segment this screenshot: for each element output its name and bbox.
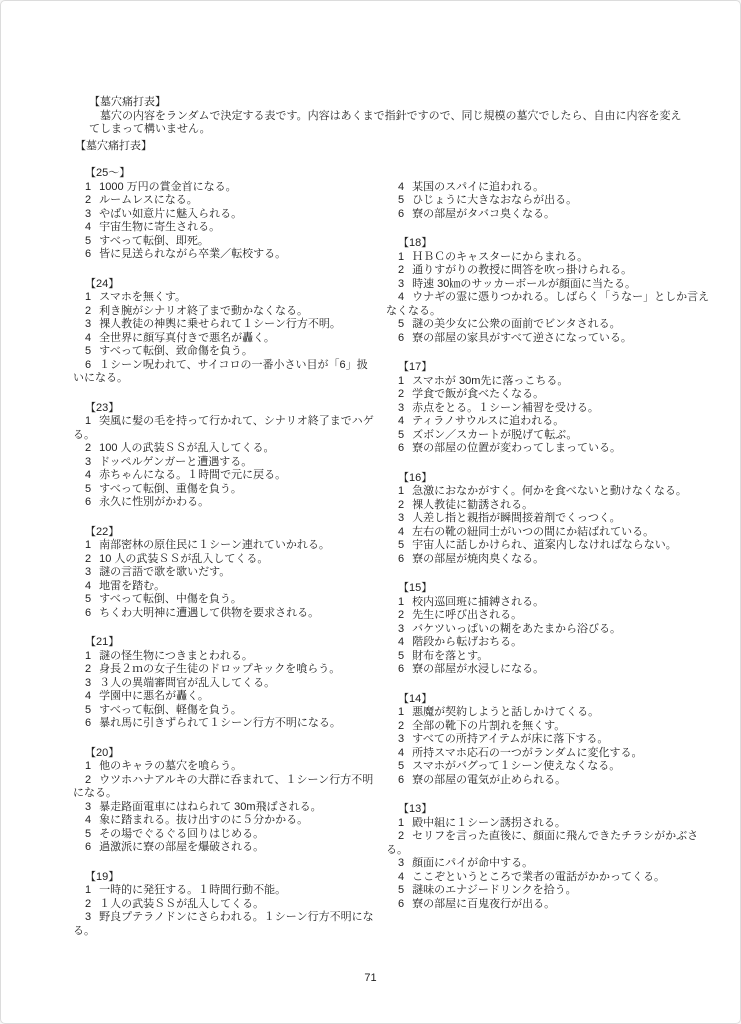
page-number: 71 <box>1 972 740 986</box>
item-number: 4 <box>398 526 404 538</box>
table-item: 4所持スマホ応石の一つがランダムに変化する。 <box>386 747 716 761</box>
section-heading: 【22】 <box>85 526 374 540</box>
item-text: 謎の言語で歌を歌いだす。 <box>99 566 230 578</box>
item-text: ティラノサウルスに追われる。 <box>412 415 564 427</box>
table-item: 5ひじょうに大きなおならが出る。 <box>386 194 716 208</box>
item-number: 5 <box>85 483 91 495</box>
table-item: 4階段から転げおちる。 <box>386 636 716 650</box>
item-number: 3 <box>85 566 91 578</box>
section-heading: 【24】 <box>85 278 374 292</box>
item-text: すべって転倒、致命傷を負う。 <box>99 345 253 357</box>
table-item: 6寮の部屋の位置が変わってしまっている。 <box>386 442 716 456</box>
item-number: 3 <box>398 733 404 745</box>
table-item: 210 人の武装ＳＳが乱入してくる。 <box>73 553 374 567</box>
section-heading: 【17】 <box>398 361 716 375</box>
item-number: 5 <box>398 884 404 896</box>
section-heading: 【13】 <box>398 803 716 817</box>
item-text: ３人の異端審問官が乱入してくる。 <box>99 677 275 689</box>
item-text: ズボン／スカートが脱げて転ぶ。 <box>412 429 577 441</box>
item-number: 5 <box>85 345 91 357</box>
item-text: 他のキャラの墓穴を喰らう。 <box>99 760 242 772</box>
table-content: 【25～】11000 万円の賞金首になる。2ルームレスになる。3やばい如意片に魅… <box>73 167 716 954</box>
table-item: 3謎の言語で歌を歌いだす。 <box>73 566 374 580</box>
table-item: 4赤ちゃんになる。１時間で元に戻る。 <box>73 469 374 483</box>
table-item: 2先生に呼び出される。 <box>386 609 716 623</box>
item-number: 1 <box>85 539 91 551</box>
table-item: 6寮の部屋に百鬼夜行が出る。 <box>386 898 716 912</box>
item-text: 100 人の武装ＳＳが乱入してくる。 <box>99 442 274 454</box>
item-text: ウツホハナアルキの大群に呑まれて、１シーン行方不明になる。 <box>73 774 373 800</box>
item-number: 1 <box>398 596 404 608</box>
item-number: 2 <box>398 499 404 511</box>
item-number: 6 <box>85 248 91 260</box>
item-number: 2 <box>398 720 404 732</box>
table-item: 1殿中組に１シーン誘拐される。 <box>386 817 716 831</box>
table-item: 4ここぞというところで業者の電話がかかってくる。 <box>386 871 716 885</box>
item-text: ここぞというところで業者の電話がかかってくる。 <box>412 871 665 883</box>
item-text: 財布を落とす。 <box>412 650 488 662</box>
item-number: 5 <box>85 704 91 716</box>
table-item: 2ルームレスになる。 <box>73 194 374 208</box>
table-item: 3時速 30㎞のサッカーボールが顔面に当たる。 <box>386 278 716 292</box>
table-item: 3裸人教徒の神輿に乗せられて１シーン行方不明。 <box>73 318 374 332</box>
item-number: 2 <box>398 388 404 400</box>
item-number: 2 <box>398 264 404 276</box>
table-section: 【13】1殿中組に１シーン誘拐される。2セリフを言った直後に、顔面に飛んできたチ… <box>386 803 716 911</box>
table-item: 4全世界に顔写真付きで悪名が轟く。 <box>73 332 374 346</box>
table-item: 3野良プテラノドンにさらわれる。１シーン行方不明になる。 <box>73 911 374 938</box>
table-item: 1急激におなかがすく。何かを食べないと動けなくなる。 <box>386 485 716 499</box>
table-section: 【16】1急激におなかがすく。何かを食べないと動けなくなる。2裸人教徒に勧誘され… <box>386 472 716 567</box>
table-item: 2学食で飯が食べたくなる。 <box>386 388 716 402</box>
item-text: 謎の美少女に公衆の面前でビンタされる。 <box>412 318 621 330</box>
table-section: 【14】1悪魔が契約しようと話しかけてくる。2全部の靴下の片割れを無くす。3すべ… <box>386 693 716 788</box>
item-text: 殿中組に１シーン誘拐される。 <box>412 817 566 829</box>
item-number: 4 <box>398 181 404 193</box>
item-text: スマホがバグって１シーン使えなくなる。 <box>412 760 620 772</box>
item-text: 野良プテラノドンにさらわれる。１シーン行方不明になる。 <box>73 911 374 937</box>
table-item: 2セリフを言った直後に、顔面に飛んできたチラシがかぶさる。 <box>386 830 716 857</box>
item-number: 3 <box>85 318 91 330</box>
item-text: 一時的に発狂する。１時間行動不能。 <box>99 884 286 896</box>
item-text: 急激におなかがすく。何かを食べないと動けなくなる。 <box>412 485 687 497</box>
item-text: スマホを無くす。 <box>99 291 186 303</box>
section-heading: 【15】 <box>398 582 716 596</box>
item-number: 6 <box>398 332 404 344</box>
table-item: 3赤点をとる。１シーン補習を受ける。 <box>386 402 716 416</box>
table-section: 【19】1一時的に発狂する。１時間行動不能。2１人の武装ＳＳが乱入してくる。3野… <box>73 871 374 939</box>
item-text: 寮の部屋がタバコ臭くなる。 <box>412 208 555 220</box>
table-section: 【18】1ＨＢＣのキャスターにからまれる。2通りすがりの教授に問答を吹っ掛けられ… <box>386 237 716 345</box>
table-item: 1校内巡回班に捕縛される。 <box>386 596 716 610</box>
item-text: 宇宙人に話しかけられ、道案内しなければならない。 <box>412 539 677 551</box>
item-number: 1 <box>398 817 404 829</box>
column-right: 4某国のスパイに追われる。5ひじょうに大きなおならが出る。6寮の部屋がタバコ臭く… <box>386 167 716 954</box>
table-section: 【24】1スマホを無くす。2利き腕がシナリオ終了まで動かなくなる。3裸人教徒の神… <box>73 278 374 386</box>
item-text: 時速 30㎞のサッカーボールが顔面に当たる。 <box>412 278 636 290</box>
item-number: 2 <box>85 898 91 910</box>
table-item: 1南部密林の原住民に１シーン連れていかれる。 <box>73 539 374 553</box>
item-number: 3 <box>85 208 91 220</box>
item-number: 5 <box>398 429 404 441</box>
table-section: 【21】1謎の怪生物につきまとわれる。2身長２ｍの女子生徒のドロップキックを喰ら… <box>73 636 374 731</box>
item-number: 3 <box>398 512 404 524</box>
item-number: 2 <box>398 609 404 621</box>
item-number: 6 <box>398 898 404 910</box>
item-number: 6 <box>85 496 91 508</box>
table-item: 5すべって転倒、即死。 <box>73 235 374 249</box>
table-item: 4某国のスパイに追われる。 <box>386 181 716 195</box>
section-heading: 【14】 <box>398 693 716 707</box>
item-text: ＨＢＣのキャスターにからまれる。 <box>412 251 588 263</box>
table-item: 6暴れ馬に引きずられて１シーン行方不明になる。 <box>73 717 374 731</box>
item-text: 寮の部屋の電気が止められる。 <box>412 774 566 786</box>
table-item: 6寮の部屋が焼肉臭くなる。 <box>386 553 716 567</box>
item-text: 通りすがりの教授に問答を吹っ掛けられる。 <box>412 264 632 276</box>
item-number: 4 <box>85 814 91 826</box>
item-number: 5 <box>398 760 404 772</box>
item-text: ひじょうに大きなおならが出る。 <box>412 194 577 206</box>
item-number: 6 <box>398 208 404 220</box>
table-item: 3暴走路面電車にはねられて 30m飛ばされる。 <box>73 801 374 815</box>
item-text: 赤ちゃんになる。１時間で元に戻る。 <box>99 469 286 481</box>
section-heading: 【25～】 <box>85 167 374 181</box>
item-number: 2 <box>85 553 91 565</box>
table-item: 1悪魔が契約しようと話しかけてくる。 <box>386 706 716 720</box>
item-number: 3 <box>398 278 404 290</box>
table-item: 6ちくわ大明神に遭遇して供物を要求される。 <box>73 607 374 621</box>
item-number: 6 <box>85 607 91 619</box>
table-item: 2裸人教徒に勧誘される。 <box>386 499 716 513</box>
item-number: 5 <box>85 828 91 840</box>
table-item: 4地雷を踏む。 <box>73 580 374 594</box>
table-item: 5宇宙人に話しかけられ、道案内しなければならない。 <box>386 539 716 553</box>
item-number: 4 <box>398 636 404 648</box>
item-text: １シーン呪われて、サイコロの一番小さい目が「6」扱いになる。 <box>73 359 368 385</box>
item-text: 謎の怪生物につきまとわれる。 <box>99 650 253 662</box>
table-title: 【墓穴痛打表】 <box>75 140 152 154</box>
table-item: 2１人の武装ＳＳが乱入してくる。 <box>73 898 374 912</box>
item-text: 10 人の武装ＳＳが乱入してくる。 <box>99 553 268 565</box>
item-number: 4 <box>85 221 91 233</box>
item-text: 皆に見送られながら卒業／転校する。 <box>99 248 286 260</box>
item-text: 突風に髪の毛を持って行かれて、シナリオ終了までハゲる。 <box>73 415 374 441</box>
item-number: 3 <box>85 801 91 813</box>
item-text: すべって転倒、中傷を負う。 <box>99 593 242 605</box>
item-number: 2 <box>85 442 91 454</box>
table-item: 6寮の部屋の電気が止められる。 <box>386 774 716 788</box>
table-item: 1他のキャラの墓穴を喰らう。 <box>73 760 374 774</box>
item-number: 5 <box>398 539 404 551</box>
item-text: 宇宙生物に寄生される。 <box>99 221 220 233</box>
item-text: 南部密林の原住民に１シーン連れていかれる。 <box>99 539 330 551</box>
item-text: 寮の部屋に百鬼夜行が出る。 <box>412 898 555 910</box>
page-header: 【墓穴痛打表】 墓穴の内容をランダムで決定する表です。内容はあくまで指針ですので… <box>89 96 689 137</box>
item-text: その場でぐるぐる回りはじめる。 <box>99 828 264 840</box>
item-text: 謎味のエナジードリンクを拾う。 <box>412 884 577 896</box>
section-heading: 【21】 <box>85 636 374 650</box>
item-number: 6 <box>398 663 404 675</box>
item-text: 校内巡回班に捕縛される。 <box>412 596 544 608</box>
item-number: 2 <box>85 194 91 206</box>
table-item: 5謎味のエナジードリンクを拾う。 <box>386 884 716 898</box>
table-item: 6永久に性別がかわる。 <box>73 496 374 510</box>
table-item: 5すべって転倒、中傷を負う。 <box>73 593 374 607</box>
item-number: 5 <box>85 593 91 605</box>
item-text: 1000 万円の賞金首になる。 <box>99 181 237 193</box>
item-text: 寮の部屋が焼肉臭くなる。 <box>412 553 544 565</box>
item-text: 裸人教徒に勧誘される。 <box>412 499 533 511</box>
item-number: 6 <box>398 553 404 565</box>
table-item: 5謎の美少女に公衆の面前でビンタされる。 <box>386 318 716 332</box>
table-item: 4左右の靴の紐同士がいつの間にか結ばれている。 <box>386 526 716 540</box>
item-text: 人差し指と親指が瞬間接着剤でくっつく。 <box>412 512 621 524</box>
table-item: 3人差し指と親指が瞬間接着剤でくっつく。 <box>386 512 716 526</box>
item-number: 2 <box>85 774 91 786</box>
table-item: 6寮の部屋が水浸しになる。 <box>386 663 716 677</box>
item-number: 6 <box>85 359 91 371</box>
item-number: 4 <box>85 469 91 481</box>
item-text: 暴走路面電車にはねられて 30m飛ばされる。 <box>99 801 321 813</box>
table-item: 1ＨＢＣのキャスターにからまれる。 <box>386 251 716 265</box>
item-number: 1 <box>85 650 91 662</box>
item-text: すべって転倒、即死。 <box>99 235 209 247</box>
item-number: 4 <box>85 580 91 592</box>
table-item: 2利き腕がシナリオ終了まで動かなくなる。 <box>73 305 374 319</box>
table-item: 2100 人の武装ＳＳが乱入してくる。 <box>73 442 374 456</box>
table-item: 6１シーン呪われて、サイコロの一番小さい目が「6」扱いになる。 <box>73 359 374 386</box>
section-heading: 【20】 <box>85 747 374 761</box>
item-text: 全世界に顔写真付きで悪名が轟く。 <box>99 332 275 344</box>
section-heading: 【16】 <box>398 472 716 486</box>
item-text: 寮の部屋の家具がすべて逆さになっている。 <box>412 332 632 344</box>
table-item: 3顔面にパイが命中する。 <box>386 857 716 871</box>
item-text: 学食で飯が食べたくなる。 <box>412 388 544 400</box>
item-number: 2 <box>398 830 404 842</box>
item-text: 象に踏まれる。抜け出すのに５分かかる。 <box>99 814 308 826</box>
item-text: 所持スマホ応石の一つがランダムに変化する。 <box>412 747 642 759</box>
document-page: 【墓穴痛打表】 墓穴の内容をランダムで決定する表です。内容はあくまで指針ですので… <box>0 0 741 1024</box>
item-text: 赤点をとる。１シーン補習を受ける。 <box>412 402 599 414</box>
item-number: 1 <box>85 415 91 427</box>
item-number: 4 <box>85 690 91 702</box>
item-number: 3 <box>398 402 404 414</box>
item-text: 地雷を踏む。 <box>99 580 165 592</box>
table-item: 3ドッペルゲンガーと遭遇する。 <box>73 456 374 470</box>
table-section: 【22】1南部密林の原住民に１シーン連れていかれる。210 人の武装ＳＳが乱入し… <box>73 526 374 621</box>
section-heading: 【18】 <box>398 237 716 251</box>
item-text: すべって転倒、軽傷を負う。 <box>99 704 242 716</box>
item-text: 学園中に悪名が轟く。 <box>99 690 209 702</box>
table-item: 1一時的に発狂する。１時間行動不能。 <box>73 884 374 898</box>
table-item: 6皆に見送られながら卒業／転校する。 <box>73 248 374 262</box>
item-number: 1 <box>398 706 404 718</box>
item-text: 左右の靴の紐同士がいつの間にか結ばれている。 <box>412 526 654 538</box>
item-number: 5 <box>85 235 91 247</box>
item-text: 永久に性別がかわる。 <box>99 496 209 508</box>
item-text: 身長２ｍの女子生徒のドロップキックを喰らう。 <box>99 663 340 675</box>
item-number: 4 <box>398 291 404 303</box>
item-text: やばい如意片に魅入られる。 <box>99 208 242 220</box>
item-text: スマホが 30m先に落っこちる。 <box>412 375 568 387</box>
item-text: ドッペルゲンガーと遭遇する。 <box>99 456 252 468</box>
item-number: 2 <box>85 663 91 675</box>
item-number: 6 <box>398 774 404 786</box>
item-text: 寮の部屋が水浸しになる。 <box>412 663 544 675</box>
item-number: 5 <box>398 650 404 662</box>
table-item: 1スマホが 30m先に落っこちる。 <box>386 375 716 389</box>
table-item: 5すべって転倒、致命傷を負う。 <box>73 345 374 359</box>
table-section: 【17】1スマホが 30m先に落っこちる。2学食で飯が食べたくなる。3赤点をとる… <box>386 361 716 456</box>
item-text: 利き腕がシナリオ終了まで動かなくなる。 <box>99 305 308 317</box>
item-text: 悪魔が契約しようと話しかけてくる。 <box>412 706 599 718</box>
item-number: 4 <box>85 332 91 344</box>
item-text: 先生に呼び出される。 <box>412 609 522 621</box>
table-description: 墓穴の内容をランダムで決定する表です。内容はあくまで指針ですので、同じ規模の墓穴… <box>89 110 685 137</box>
item-number: 2 <box>85 305 91 317</box>
table-item: 6寮の部屋がタバコ臭くなる。 <box>386 208 716 222</box>
item-text: ちくわ大明神に遭遇して供物を要求される。 <box>99 607 319 619</box>
item-text: 階段から転げおちる。 <box>412 636 522 648</box>
item-number: 4 <box>398 415 404 427</box>
table-item: 3すべての所持アイテムが床に落下する。 <box>386 733 716 747</box>
item-number: 1 <box>85 760 91 772</box>
table-item: 3３人の異端審問官が乱入してくる。 <box>73 677 374 691</box>
table-item: 11000 万円の賞金首になる。 <box>73 181 374 195</box>
item-text: セリフを言った直後に、顔面に飛んできたチラシがかぶさる。 <box>386 830 698 856</box>
item-text: ウナギの霊に憑りつかれる。しばらく「うなー」としか言えなくなる。 <box>386 291 709 317</box>
item-text: すべって転倒、重傷を負う。 <box>99 483 242 495</box>
table-section: 【20】1他のキャラの墓穴を喰らう。2ウツホハナアルキの大群に呑まれて、１シーン… <box>73 747 374 855</box>
item-text: 全部の靴下の片割れを無くす。 <box>412 720 565 732</box>
table-section: 4某国のスパイに追われる。5ひじょうに大きなおならが出る。6寮の部屋がタバコ臭く… <box>386 167 716 221</box>
table-item: 5ズボン／スカートが脱げて転ぶ。 <box>386 429 716 443</box>
item-number: 1 <box>85 884 91 896</box>
item-number: 5 <box>398 318 404 330</box>
item-text: １人の武装ＳＳが乱入してくる。 <box>99 898 264 910</box>
item-text: すべての所持アイテムが床に落下する。 <box>412 733 608 745</box>
item-number: 3 <box>85 456 91 468</box>
item-number: 3 <box>85 677 91 689</box>
item-text: 裸人教徒の神輿に乗せられて１シーン行方不明。 <box>99 318 341 330</box>
item-text: 暴れ馬に引きずられて１シーン行方不明になる。 <box>99 717 341 729</box>
table-item: 2身長２ｍの女子生徒のドロップキックを喰らう。 <box>73 663 374 677</box>
item-text: 顔面にパイが命中する。 <box>412 857 533 869</box>
table-item: 5すべって転倒、軽傷を負う。 <box>73 704 374 718</box>
item-text: 寮の部屋の位置が変わってしまっている。 <box>412 442 621 454</box>
table-section: 【25～】11000 万円の賞金首になる。2ルームレスになる。3やばい如意片に魅… <box>73 167 374 262</box>
table-item: 6過激派に寮の部屋を爆破される。 <box>73 841 374 855</box>
table-item: 5すべって転倒、重傷を負う。 <box>73 483 374 497</box>
item-number: 3 <box>398 857 404 869</box>
item-number: 4 <box>398 747 404 759</box>
table-item: 4宇宙生物に寄生される。 <box>73 221 374 235</box>
table-item: 4象に踏まれる。抜け出すのに５分かかる。 <box>73 814 374 828</box>
item-number: 1 <box>398 375 404 387</box>
item-number: 6 <box>85 841 91 853</box>
section-heading: 【23】 <box>85 402 374 416</box>
table-item: 5財布を落とす。 <box>386 650 716 664</box>
table-item: 2全部の靴下の片割れを無くす。 <box>386 720 716 734</box>
table-section-title: 【墓穴痛打表】 <box>89 96 689 110</box>
table-item: 1謎の怪生物につきまとわれる。 <box>73 650 374 664</box>
table-item: 5その場でぐるぐる回りはじめる。 <box>73 828 374 842</box>
item-number: 6 <box>85 717 91 729</box>
section-heading: 【19】 <box>85 871 374 885</box>
table-item: 4ウナギの霊に憑りつかれる。しばらく「うなー」としか言えなくなる。 <box>386 291 716 318</box>
table-item: 3やばい如意片に魅入られる。 <box>73 208 374 222</box>
table-section: 【23】1突風に髪の毛を持って行かれて、シナリオ終了までハゲる。2100 人の武… <box>73 402 374 510</box>
table-item: 1スマホを無くす。 <box>73 291 374 305</box>
table-item: 1突風に髪の毛を持って行かれて、シナリオ終了までハゲる。 <box>73 415 374 442</box>
item-text: 某国のスパイに追われる。 <box>412 181 544 193</box>
table-item: 4学園中に悪名が轟く。 <box>73 690 374 704</box>
item-text: ルームレスになる。 <box>99 194 198 206</box>
column-left: 【25～】11000 万円の賞金首になる。2ルームレスになる。3やばい如意片に魅… <box>73 167 374 954</box>
item-number: 1 <box>85 181 91 193</box>
item-number: 1 <box>398 251 404 263</box>
item-text: バケツいっぱいの糊をあたまから浴びる。 <box>412 623 621 635</box>
item-number: 3 <box>398 623 404 635</box>
table-item: 4ティラノサウルスに追われる。 <box>386 415 716 429</box>
item-number: 3 <box>85 911 91 923</box>
table-item: 6寮の部屋の家具がすべて逆さになっている。 <box>386 332 716 346</box>
table-item: 2通りすがりの教授に問答を吹っ掛けられる。 <box>386 264 716 278</box>
item-text: 過激派に寮の部屋を爆破される。 <box>99 841 264 853</box>
table-item: 3バケツいっぱいの糊をあたまから浴びる。 <box>386 623 716 637</box>
item-number: 1 <box>398 485 404 497</box>
item-number: 6 <box>398 442 404 454</box>
table-item: 5スマホがバグって１シーン使えなくなる。 <box>386 760 716 774</box>
table-section: 【15】1校内巡回班に捕縛される。2先生に呼び出される。3バケツいっぱいの糊をあ… <box>386 582 716 677</box>
table-item: 2ウツホハナアルキの大群に呑まれて、１シーン行方不明になる。 <box>73 774 374 801</box>
item-number: 5 <box>398 194 404 206</box>
item-number: 4 <box>398 871 404 883</box>
item-number: 1 <box>85 291 91 303</box>
